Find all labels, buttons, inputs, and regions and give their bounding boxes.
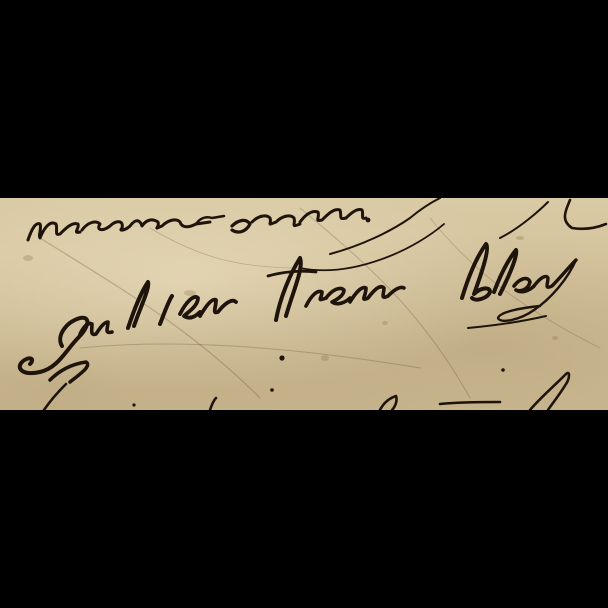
line-3-partial bbox=[44, 373, 569, 410]
image-frame: ne savoir signer. L Julien tremblay … bbox=[0, 0, 608, 608]
letterbox-bottom bbox=[0, 410, 608, 608]
manuscript-scan: ne savoir signer. L Julien tremblay … bbox=[0, 198, 608, 410]
paper-texture bbox=[23, 208, 600, 398]
handwriting-strokes bbox=[0, 198, 608, 410]
letterbox-top bbox=[0, 0, 608, 198]
line-1-ne-savoir-signer bbox=[28, 198, 606, 254]
line-2-julien-tremblay bbox=[20, 224, 576, 382]
